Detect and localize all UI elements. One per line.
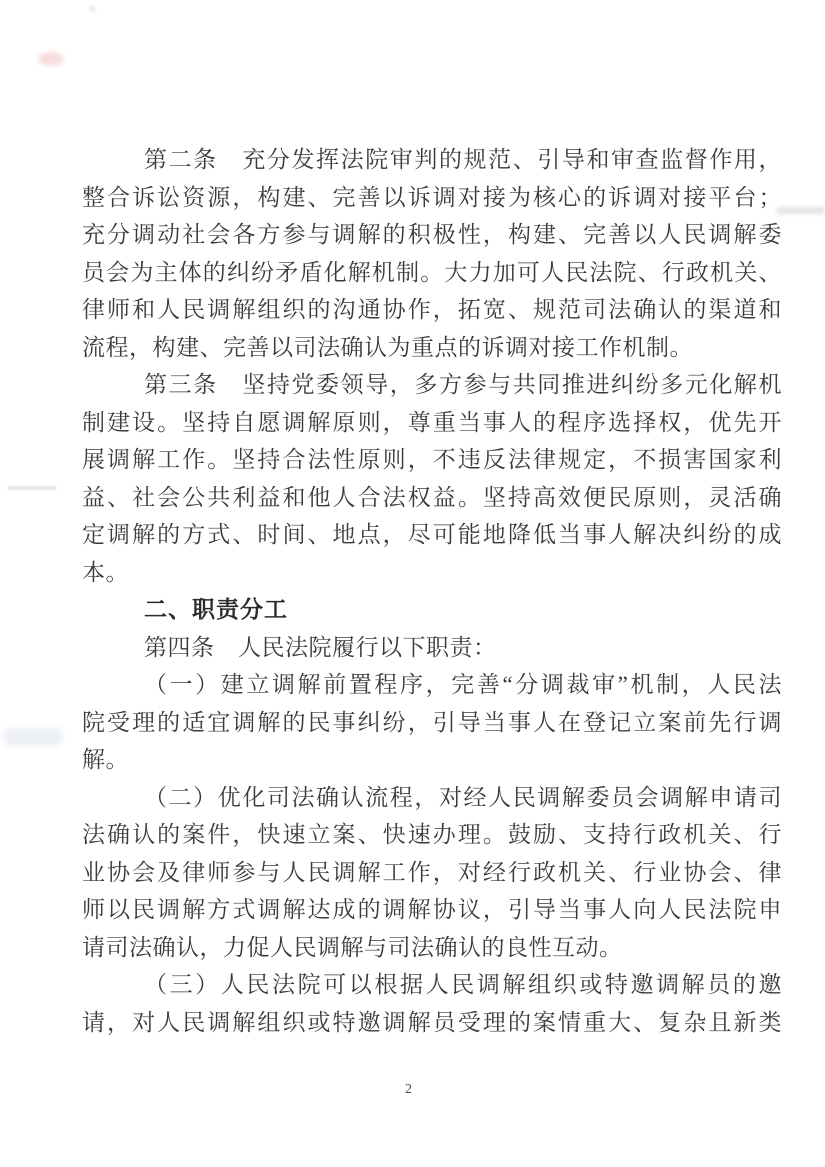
article-4-intro: 第四条 人民法院履行以下职责： <box>82 629 782 667</box>
article-3-line-4: 益、社会公共利益和他人合法权益。坚持高效便民原则，灵活确 <box>82 479 782 517</box>
item-2-line-2: 法确认的案件，快速立案、快速办理。鼓励、支持行政机关、行 <box>82 816 782 854</box>
scan-streak-right <box>776 207 825 214</box>
scanned-document-page: 第二条 充分发挥法院审判的规范、引导和审查监督作用， 整合诉讼资源，构建、完善以… <box>0 0 825 1167</box>
scan-line-left <box>8 486 56 490</box>
article-3-line-5: 定调解的方式、时间、地点，尽可能地降低当事人解决纠纷的成 <box>82 516 782 554</box>
item-1-line-2: 院受理的适宜调解的民事纠纷，引导当事人在登记立案前先行调 <box>82 704 782 742</box>
scan-speck-top <box>89 6 96 12</box>
item-3-line-1: （三）人民法院可以根据人民调解组织或特邀调解员的邀 <box>82 966 782 1004</box>
article-2-line-2: 整合诉讼资源，构建、完善以诉调对接为核心的诉调对接平台； <box>82 179 782 217</box>
item-2-line-1: （二）优化司法确认流程，对经人民调解委员会调解申请司 <box>82 779 782 817</box>
article-2-line-6: 流程，构建、完善以司法确认为重点的诉调对接工作机制。 <box>82 329 782 367</box>
article-2-line-5: 律师和人民调解组织的沟通协作，拓宽、规范司法确认的渠道和 <box>82 291 782 329</box>
article-2-line-4: 员会为主体的纠纷矛盾化解机制。大力加可人民法院、行政机关、 <box>82 254 782 292</box>
item-1-line-1: （一）建立调解前置程序，完善“分调裁审”机制，人民法 <box>82 666 782 704</box>
document-body: 第二条 充分发挥法院审判的规范、引导和审查监督作用， 整合诉讼资源，构建、完善以… <box>82 141 782 1041</box>
scan-smudge-left <box>4 728 62 746</box>
item-2-line-3: 业协会及律师参与人民调解工作，对经行政机关、行业协会、律 <box>82 854 782 892</box>
item-2-line-4: 师以民调解方式调解达成的调解协议，引导当事人向人民法院申 <box>82 891 782 929</box>
article-3-line-6: 本。 <box>82 554 782 592</box>
section-heading-duties: 二、职责分工 <box>82 591 782 629</box>
item-2-line-5: 请司法确认，力促人民调解与司法确认的良性互动。 <box>82 929 782 967</box>
article-2-line-3: 充分调动社会各方参与调解的积极性，构建、完善以人民调解委 <box>82 216 782 254</box>
article-2-line-1: 第二条 充分发挥法院审判的规范、引导和审查监督作用， <box>82 141 782 179</box>
article-3-line-1: 第三条 坚持党委领导，多方参与共同推进纠纷多元化解机 <box>82 366 782 404</box>
article-3-line-3: 展调解工作。坚持合法性原则，不违反法律规定，不损害国家利 <box>82 441 782 479</box>
article-3-line-2: 制建设。坚持自愿调解原则，尊重当事人的程序选择权，优先开 <box>82 404 782 442</box>
scan-smudge-pink <box>38 52 64 66</box>
item-1-line-3: 解。 <box>82 741 782 779</box>
page-number: 2 <box>0 1082 817 1098</box>
item-3-line-2: 请，对人民调解组织或特邀调解员受理的案情重大、复杂且新类 <box>82 1004 782 1042</box>
